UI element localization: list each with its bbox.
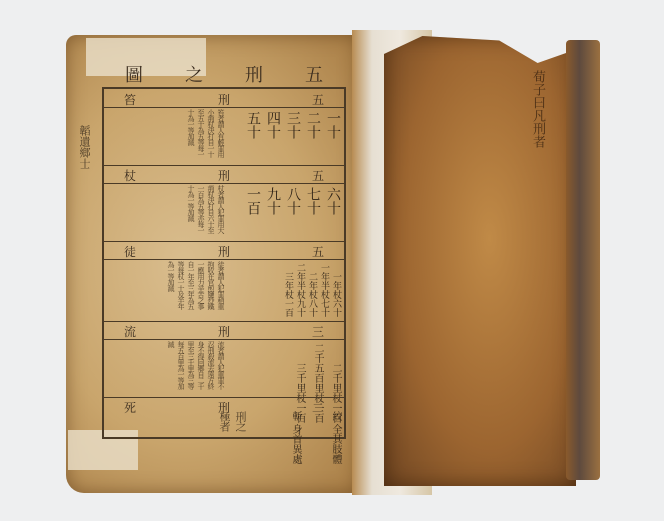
margin-note: 韜遺鄉士 [76,125,92,169]
value: 二年半杖九十 [295,263,304,317]
divider [104,165,344,166]
section-note: 刑之極者 [108,411,248,437]
section-values-chi: 一十 二十 三十 四十 五十 [246,111,340,139]
header-char: 笞 [124,91,136,108]
value: 六十 [326,187,340,215]
value: 一百 [246,187,260,215]
title-char: 五 [305,61,323,87]
header-char: 徒 [124,243,136,260]
header-char: 流 [124,323,136,340]
section-header-liu: 三 刑 流 [124,323,324,340]
section-values-tu: 一年杖六十 一年半杖七十 二年杖八十 二年半杖九十 三年杖一百 [283,263,340,317]
value: 二年杖八十 [307,263,316,317]
divider [104,107,344,108]
value: 一十 [326,111,340,139]
header-char: 五 [312,243,324,260]
divider [104,321,344,322]
title-char: 刑 [245,61,263,87]
value: 四十 [266,111,280,139]
section-values-zhang: 六十 七十 八十 九十 一百 [246,187,340,215]
five-punishments-chart: 五 刑 之 圖 五 刑 笞 一十 二十 三十 四十 五十 笞者謂人有輕罪用小荊杖… [102,87,346,439]
value: 五十 [246,111,260,139]
right-page-text: 荀子曰凡刑者 [396,70,546,470]
section-header-chi: 五 刑 笞 [124,91,324,108]
divider [104,259,344,260]
header-char: 刑 [218,91,230,108]
divider [104,339,344,340]
value: 八十 [286,187,300,215]
section-note: 笞者謂人有輕罪用小荊杖決打自一十至五十為五等每一十為一等加減 [108,109,226,161]
value: 三年杖一百 [283,263,292,317]
open-book: 韜遺鄉士 五 刑 之 圖 五 刑 笞 一十 二十 三十 四十 五十 笞者謂人有輕… [66,30,606,500]
title-char: 圖 [125,61,143,87]
divider [104,241,344,242]
header-char: 刑 [218,243,230,260]
section-note: 徒者謂人犯罪稍重拘收在官煎鹽炒鐵一應用力辛苦之事自一年至三年為五等每杖一十及半年… [108,261,226,313]
section-header-zhang: 五 刑 杖 [124,167,324,184]
value: 一年杖六十 [331,263,340,317]
divider [104,397,344,398]
value: 三十 [286,111,300,139]
header-char: 刑 [218,323,230,340]
value: 七十 [306,187,320,215]
header-char: 五 [312,91,324,108]
value: 二十 [306,111,320,139]
section-values-si: 絞 全其肢體 斬 身首異處 [290,411,340,464]
section-header-tu: 五 刑 徒 [124,243,324,260]
header-char: 刑 [218,167,230,184]
value: 九十 [266,187,280,215]
value: 斬 身首異處 [290,411,300,464]
title-char: 之 [185,61,203,87]
header-char: 杖 [124,167,136,184]
divider [104,183,344,184]
section-note: 杖者謂人犯罪用大荊杖決打自六十至一百為五等亦每一十為一等加減 [108,185,226,237]
section-note: 流者謂人犯重罪不忍刑殺流去遠方終身不得回鄉自二千里至三千里為三等每五百里為一等加… [108,341,226,393]
value: 一年半杖七十 [319,263,328,317]
chart-title: 五 刑 之 圖 [104,61,344,87]
right-page-edge [566,40,600,480]
header-char: 三 [312,323,324,340]
value: 絞 全其肢體 [330,411,340,464]
header-char: 五 [312,167,324,184]
